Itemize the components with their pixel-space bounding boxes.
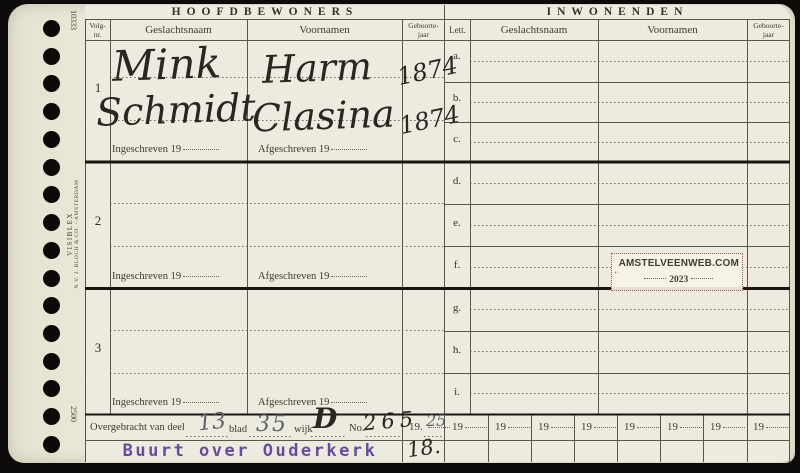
letter-label: c. [448,133,466,145]
inwonenden-title: INWONENDEN [445,6,790,18]
wijk-label: wijk [294,424,313,435]
col-geslachtsnaam-right: Geslachtsnaam [470,24,598,36]
surname-entry: Mink [111,38,222,91]
letter-label: i. [448,386,466,398]
col-geslachtsnaam-left: Geslachtsnaam [110,24,247,36]
volgnr-value: 2 [88,213,108,229]
col-geboortejaar-right-bottom: jaar [747,31,790,40]
year-cell: 19 [581,421,616,433]
letter-label: f. [448,259,466,271]
col-voornamen-left: Voornamen [247,24,402,36]
scan-background: 10333 VISIBLEX N.V. J. BLOCH & CO. - AMS… [0,0,800,473]
overgebracht-label: Overgebracht van deel [90,422,185,433]
watermark-site-text: AMSTELVEENWEB.COM [619,258,739,269]
afgeschreven-label: Afgeschreven 19 [258,271,367,282]
stamp-number: 18. [405,434,441,462]
transfer-year-value: 25 [426,411,446,430]
col-geboortejaar-left: Geboorte- jaar [402,22,445,39]
letter-label: h. [448,344,466,356]
firstname-entry: Harm [261,44,372,92]
watermark-shield-icon [615,263,616,282]
blad-label: blad [229,424,247,435]
year-cell: 19 [667,421,702,433]
letter-label: e. [448,217,466,229]
firstname-entry: Clasina [251,92,395,141]
letter-label: b. [448,92,466,104]
year-cell: 19 [753,421,788,433]
year-cell: 19 [538,421,573,433]
col-volgnr-bottom: nr. [85,31,110,40]
watermark: AMSTELVEENWEB.COM 2023 [611,253,743,291]
year-cell: 19 [710,421,745,433]
deel-value: 13 [197,409,227,437]
blad-value: 35 [256,412,288,437]
hoofdbewoners-title: HOOFDBEWONERS [85,6,445,18]
year-cell: 19 [495,421,530,433]
no-label: No. [349,423,364,434]
watermark-year: 2023 [641,275,716,285]
year-cell: 19 [452,421,487,433]
letter-label: d. [448,175,466,187]
col-voornamen-right: Voornamen [598,24,747,36]
year-cell: 19 [624,421,659,433]
col-geboortejaar-right: Geboorte- jaar [747,22,790,39]
ingeschreven-label: Ingeschreven 19 [112,144,219,155]
ingeschreven-label: Ingeschreven 19 [112,271,219,282]
col-lett: Lett. [445,25,470,35]
year-prefix-text: 19. [409,421,423,433]
wijk-value: D [313,402,337,435]
district-stamp: Buurt over Ouderkerk [115,441,385,461]
col-volgnr: Volg- nr. [85,22,110,39]
letter-label: a. [448,50,466,62]
letter-label: g. [448,302,466,314]
ingeschreven-label: Ingeschreven 19 [112,397,219,408]
volgnr-value: 3 [88,340,108,356]
col-geboortejaar-left-bottom: jaar [402,31,445,40]
afgeschreven-label: Afgeschreven 19 [258,144,367,155]
surname-entry: Schmidt [95,85,256,135]
